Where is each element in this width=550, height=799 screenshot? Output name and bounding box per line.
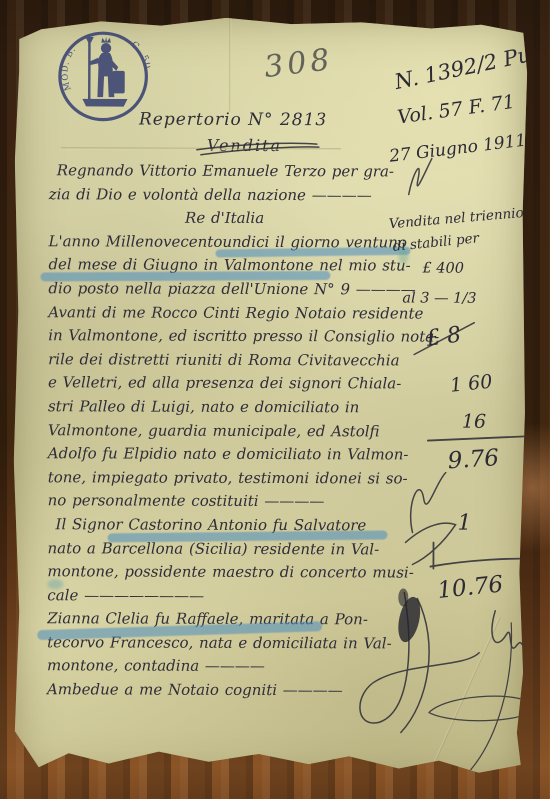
margin-amount: £ 400 [422,261,464,277]
manuscript-line: no personalmente costituiti ———— [48,490,400,515]
margin-notes: N. 1392/2 Pubb. Vol. 57 F. 71 27 Giugno … [11,11,531,13]
document-paper: C. 50. MOD. B. 308 Repertorio N° 2813 Ve… [9,11,532,788]
margin-date: 27 Giugno 1911 [388,131,527,167]
blue-smudge [47,579,63,589]
margin-fee1: £ 8 [425,322,463,352]
paper-crease [61,147,341,150]
manuscript-line: Avanti di me Rocco Cinti Regio Notaio re… [48,301,400,326]
margin-note-line1: Vendita nel triennio [388,205,524,232]
manuscript-line: zia di Dio e volontà della nazione ———— [49,183,401,208]
manuscript-line: Re d'Italia [49,206,401,231]
margin-rate: al 3 — 1/3 [402,290,476,306]
blue-highlight-stroke [40,271,330,282]
manuscript-body: Regnando Vittorio Emanuele Terzo per gra… [47,159,401,703]
margin-total: 10.76 [436,571,504,604]
paper-crease [229,12,231,112]
manuscript-line: tone, impiegato privato, testimoni idone… [48,466,400,491]
manuscript-line: Ambedue a me Notaio cogniti ———— [47,678,399,703]
svg-text:MOD. B.: MOD. B. [59,44,77,92]
manuscript-line: stri Palleo di Luigi, nato e domiciliato… [48,395,400,420]
pencil-page-number: 308 [262,42,335,85]
margin-fee3: 16 [462,411,486,433]
act-title: Vendita [207,136,282,155]
stamp-denomination: C. 50. [128,39,150,74]
paper-crease [423,616,501,786]
manuscript-line: montone, possidente maestro di concerto … [47,560,399,585]
svg-text:C. 50.: C. 50. [128,39,150,74]
margin-registration-number: N. 1392/2 Pubb. [393,35,550,94]
manuscript-line: e Velletri, ed alla presenza dei signori… [48,372,400,397]
revenue-stamp-icon: C. 50. MOD. B. [56,29,150,123]
manuscript-line: Valmontone, guardia municipale, ed Astol… [48,419,400,444]
manuscript-line: cale ———————— [47,584,399,609]
photograph-background: C. 50. MOD. B. 308 Repertorio N° 2813 Ve… [0,0,550,799]
margin-fee4: 1 [458,511,472,536]
stamp-series: MOD. B. [59,44,77,92]
manuscript-line: Regnando Vittorio Emanuele Terzo per gra… [49,159,401,184]
margin-subtotal: 9.76 [447,445,500,474]
repertorio-heading: Repertorio N° 2813 [139,110,327,131]
manuscript-line: montone, contadina ———— [47,655,399,680]
manuscript-line: Adolfo fu Elpidio nato e domiciliato in … [48,442,400,467]
manuscript-line: in Valmontone, ed iscritto presso il Con… [48,324,400,349]
manuscript-line: rile dei distretti riuniti di Roma Civit… [48,348,400,373]
margin-fee2: 1 60 [449,371,493,397]
margin-volume-folio: Vol. 57 F. 71 [396,91,516,129]
